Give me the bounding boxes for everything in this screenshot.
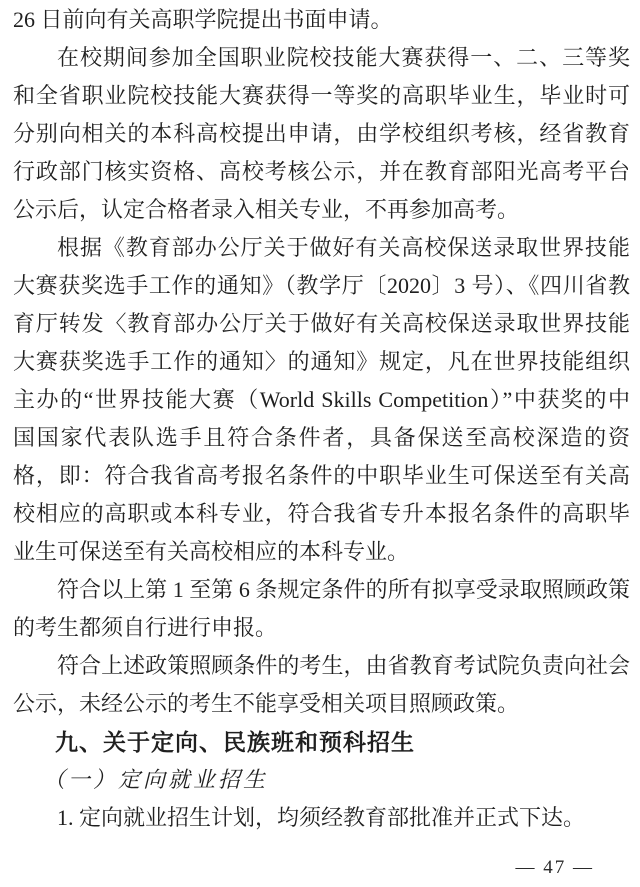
page-number: — 47 — [516,857,595,879]
document-line: 分别向相关的本科高校提出申请，由学校组织考核，经省教育 [13,115,630,153]
document-page: 26 日前向有关高职学院提出书面申请。 在校期间参加全国职业院校技能大赛获得一、… [0,0,640,887]
document-line: 国国家代表队选手且符合条件者，具备保送至高校深造的资 [13,419,630,457]
document-line: 大赛获奖选手工作的通知〉的通知》规定，凡在世界技能组织 [13,343,630,381]
document-line: 根据《教育部办公厅关于做好有关高校保送录取世界技能 [13,229,630,267]
document-line: 公示后，认定合格者录入相关专业，不再参加高考。 [13,191,630,229]
section-heading: 九、关于定向、民族班和预科招生 [13,723,630,761]
document-line: 符合以上第 1 至第 6 条规定条件的所有拟享受录取照顾政策 [13,571,630,609]
list-item-line: 1. 定向就业招生计划，均须经教育部批准并正式下达。 [13,799,630,837]
document-line: 和全省职业院校技能大赛获得一等奖的高职毕业生，毕业时可 [13,77,630,115]
document-line: 大赛获奖选手工作的通知》（教学厅〔2020〕3 号）、《四川省教 [13,267,630,305]
document-line: 符合上述政策照顾条件的考生，由省教育考试院负责向社会 [13,647,630,685]
subsection-heading: （一）定向就业招生 [13,761,630,799]
document-line: 格，即：符合我省高考报名条件的中职毕业生可保送至有关高 [13,457,630,495]
document-line: 26 日前向有关高职学院提出书面申请。 [13,1,630,39]
document-text-column: 26 日前向有关高职学院提出书面申请。 在校期间参加全国职业院校技能大赛获得一、… [13,1,630,837]
document-line: 育厅转发〈教育部办公厅关于做好有关高校保送录取世界技能 [13,305,630,343]
document-line: 公示，未经公示的考生不能享受相关项目照顾政策。 [13,685,630,723]
document-line: 在校期间参加全国职业院校技能大赛获得一、二、三等奖 [13,39,630,77]
document-line: 主办的“世界技能大赛（World Skills Competition）”中获奖… [13,381,630,419]
document-line: 的考生都须自行进行申报。 [13,609,630,647]
document-line: 行政部门核实资格、高校考核公示，并在教育部阳光高考平台 [13,153,630,191]
document-line: 校相应的高职或本科专业，符合我省专升本报名条件的高职毕 [13,495,630,533]
document-line: 业生可保送至有关高校相应的本科专业。 [13,533,630,571]
